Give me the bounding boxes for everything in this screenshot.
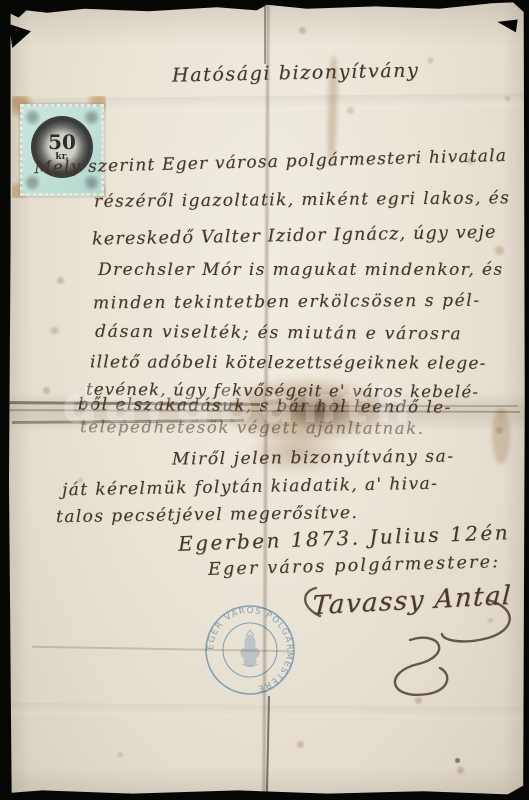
seal-emblem (240, 630, 259, 667)
manuscript-line: Drechsler Mór is magukat mindenkor, és (98, 260, 504, 280)
revenue-stamp-value: 50 (48, 132, 76, 152)
manuscript-line: minden tekintetben erkölcsösen s pél- (93, 291, 481, 314)
mayor-seal: EGER VÁROS POLGÁRMESTERE (202, 602, 298, 698)
paper-sheet: 50 kr. Hatósági bizonyítvány Mely szerin… (0, 0, 529, 800)
manuscript-line: illető adóbeli kötelezettségeiknek elege… (90, 352, 487, 373)
manuscript-line: Miről jelen bizonyítvány sa- (172, 447, 455, 470)
document-photo: { "colors": { "photo_background": "#0606… (0, 0, 529, 800)
manuscript-line: Eger város polgármestere: (208, 552, 501, 580)
manuscript-line: Mely szerint Eger városa polgármesteri h… (34, 146, 508, 178)
signature-flourish (292, 578, 527, 708)
vertical-fold-top (264, 6, 266, 64)
manuscript-line: ját kérelmük folytán kiadatik, a' hiva- (62, 474, 439, 501)
manuscript-date-line: Egerben 1873. Julius 12én (178, 520, 511, 556)
stain-blot (492, 408, 510, 464)
manuscript-line: telepedhetésök végett ajánltatnak. (80, 417, 425, 438)
manuscript-line: kereskedő Valter Izidor Ignácz, úgy veje (92, 222, 497, 249)
foxing-spots (0, 0, 5, 5)
manuscript-line: dásan viselték; és miután e városra (95, 322, 463, 345)
manuscript-line: talos pecsétjével megerősítve. (56, 503, 358, 527)
document-title: Hatósági bizonyítvány (172, 59, 420, 86)
revenue-stamp-50kr: 50 kr. (20, 104, 104, 196)
manuscript-line: részéről igazoltatik, miként egri lakos,… (94, 188, 510, 212)
manuscript-line: ből elszakadásuk, s bár hol leendő le- (78, 394, 452, 416)
